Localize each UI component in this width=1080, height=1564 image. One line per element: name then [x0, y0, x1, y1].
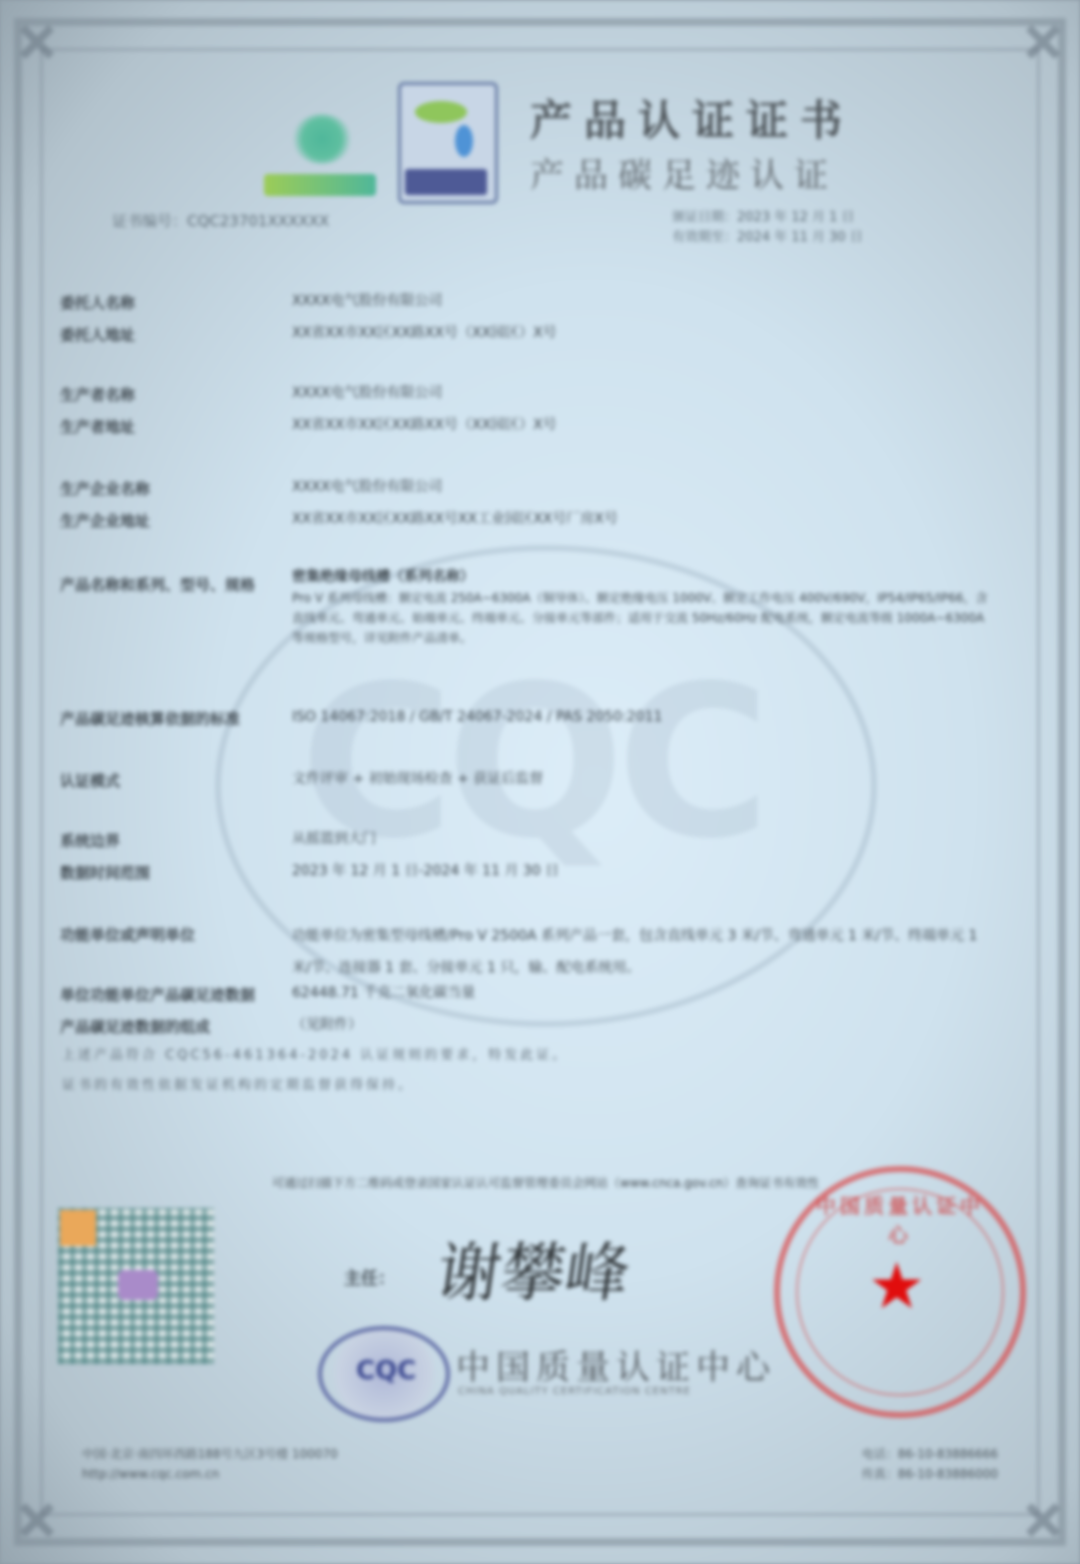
corner-ornament: [12, 1496, 62, 1546]
field-label: 产品碳足迹数据的组成: [60, 1016, 210, 1037]
star-icon: ★: [868, 1250, 925, 1324]
organization-name-en: CHINA QUALITY CERTIFICATION CENTRE: [458, 1386, 691, 1397]
website-line: http://www.cqc.com.cn: [82, 1464, 338, 1484]
field-value: XX省XX市XX区XX路XX号（XX园区）X号: [292, 414, 557, 436]
field-label: 产品名称和系列、型号、规格: [60, 570, 260, 600]
cqc-emblem-icon: CQC: [318, 1326, 450, 1422]
certificate-subtitle: 产品碳足迹认证: [530, 148, 838, 197]
certificate-dates: 颁证日期：2023 年 12 月 1 日 有效期至：2024 年 11 月 30…: [672, 208, 863, 248]
field-value: Pro V 系列母线槽：额定电流 250A~6300A（铜导体）、额定绝缘电压 …: [292, 588, 992, 648]
low-carbon-certification-logo-icon: [398, 82, 498, 204]
field-label: 生产者名称: [60, 384, 135, 405]
field-value: 功能单位为密集型母线槽/Pro V 2500A 系列产品一套，包含直线单元 3 …: [292, 920, 992, 984]
issue-date: 颁证日期：2023 年 12 月 1 日: [672, 208, 863, 228]
field-label: 委托人名称: [60, 292, 135, 313]
corner-ornament: [1018, 18, 1068, 68]
certificate-number: 证书编号：CQC23701XXXXXX: [112, 210, 329, 231]
qr-code-icon[interactable]: [58, 1208, 214, 1364]
field-value: XXXX电气股份有限公司: [292, 290, 442, 312]
field-value: 2023 年 12 月 1 日-2024 年 11 月 30 日: [292, 860, 559, 882]
organization-name: 中国质量认证中心: [456, 1340, 776, 1389]
field-label: 系统边界: [60, 830, 120, 851]
corner-ornament: [12, 18, 62, 68]
field-label: 单位功能单位产品碳足迹数据: [60, 984, 255, 1005]
field-label: 委托人地址: [60, 324, 135, 345]
field-value: 从摇篮到大门: [292, 828, 376, 850]
field-label: 认证模式: [60, 770, 120, 791]
field-value: 62448.71 千克二氧化碳当量: [292, 982, 475, 1004]
contact-block: 电话：86-10-83886666 传真：86-10-83886000: [812, 1444, 998, 1484]
signatory-label: 主任：: [344, 1264, 395, 1289]
red-official-seal-icon: 中国质量认证中心 ★: [774, 1166, 1026, 1418]
verification-line: 可通过扫描下方二维码或登录国家认证认可监督管理委员会网站（www.cnca.go…: [272, 1174, 819, 1191]
field-value: XX省XX市XX区XX路XX号XX工业园区XX号厂房X号: [292, 508, 618, 530]
corner-ornament: [1018, 1496, 1068, 1546]
cqc-emblem-text: CQC: [356, 1356, 416, 1386]
certificate-note: 证书的有效性依据发证机构的定期监督获得保持。: [62, 1074, 414, 1093]
field-label: 数据时间范围: [60, 862, 150, 883]
fax-line: 传真：86-10-83886000: [812, 1464, 998, 1484]
field-value: （见附件）: [292, 1014, 362, 1036]
address-block: 中国·北京·南四环西路188号九区3号楼 100070 http://www.c…: [82, 1444, 338, 1484]
phone-line: 电话：86-10-83886666: [812, 1444, 998, 1464]
field-label: 功能单位或声明单位: [60, 924, 195, 945]
field-value: XXXX电气股份有限公司: [292, 382, 442, 404]
expiry-date: 有效期至：2024 年 11 月 30 日: [672, 228, 863, 248]
field-value: XX省XX市XX区XX路XX号（XX园区）X号: [292, 322, 557, 344]
field-label: 生产企业地址: [60, 510, 150, 531]
field-label: 生产者地址: [60, 416, 135, 437]
field-value: XXXX电气股份有限公司: [292, 476, 442, 498]
certificate-page: CQC 产品认证证书 产品碳足迹认证 证书编号：CQC23701XXXXXX 颁…: [0, 0, 1080, 1564]
seal-text: 中国质量认证中心: [808, 1190, 992, 1248]
field-value: 文件评审 + 初始现场检查 + 获证后监督: [292, 768, 543, 790]
field-value-heading: 密集绝缘母线槽（系列名称）: [292, 566, 992, 588]
field-label: 生产企业名称: [60, 478, 150, 499]
field-value: ISO 14067:2018 / GB/T 24067-2024 / PAS 2…: [292, 706, 662, 728]
carbon-footprint-logo-icon: [262, 108, 378, 198]
address-line: 中国·北京·南四环西路188号九区3号楼 100070: [82, 1444, 338, 1464]
certificate-note: 上述产品符合 CQC56-461364-2024 认证规则的要求，特发此证。: [62, 1044, 568, 1063]
certificate-title: 产品认证证书: [530, 88, 854, 148]
director-signature: 谢攀峰: [432, 1222, 637, 1314]
field-label: 产品碳足迹核算依据的标准: [60, 708, 240, 729]
